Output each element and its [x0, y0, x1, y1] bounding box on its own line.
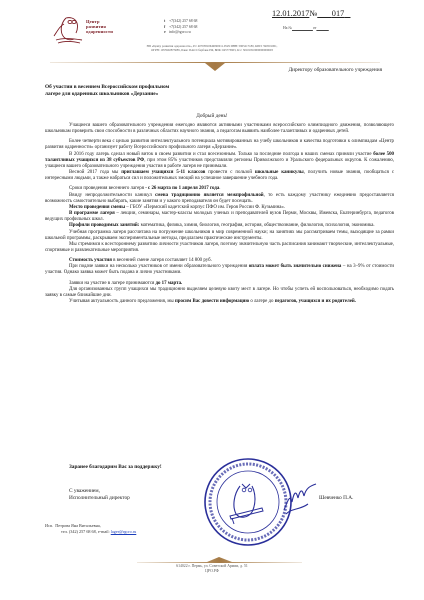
text: . — [219, 186, 220, 191]
requisites-line: ОГРН: 1055902873685, Банк: ПАО Сбербанк … — [0, 48, 424, 52]
ref-blank — [292, 26, 313, 30]
letter-body: Учащиеся вашего образовательного учрежде… — [45, 123, 394, 305]
highlight: приглашаем учащихся 5-11 классов — [121, 170, 205, 175]
ref-label: На № — [283, 26, 292, 30]
text: в весенней смене лагеря составляет 14 80… — [112, 258, 212, 263]
paragraph: Весной 2017 года мы приглашаем учащихся … — [45, 170, 394, 182]
signer-position: Исполнительный директор — [69, 495, 130, 502]
text: Сроки проведения весеннего лагеря — [69, 186, 145, 191]
highlight: школьные каникулы — [255, 170, 304, 175]
subject-line: Об участии в весеннем Всероссийском проф… — [45, 84, 169, 91]
subject-line: лагере для одаренных школьников «Дерзани… — [45, 91, 169, 98]
letter-number: 017 — [317, 9, 350, 18]
thanks-line: Заранее благодарим Вас за поддержку! — [69, 464, 162, 470]
footer-site[interactable]: ЦРО.РФ — [0, 569, 424, 574]
paragraph: Ввиду непродолжительности каникул смена … — [45, 193, 394, 205]
paragraph: В программе лагеря – лекции, семинары, м… — [45, 211, 394, 223]
highlight: Стоимость участия — [69, 258, 112, 263]
highlight: оплата может быть значительно снижена — [249, 264, 342, 269]
ref-date-blank — [316, 26, 328, 30]
executor-name: Петрова Яна Витальевна, — [55, 523, 101, 528]
reference-line: На № от — [283, 26, 329, 30]
org-name-line: одаренности — [86, 29, 113, 34]
highlight: В программе лагеря — [69, 211, 115, 216]
greeting: Добрый день! — [0, 113, 424, 119]
executor-phone: тел. (342) 257 68 68, e-mail: — [61, 529, 111, 534]
email-row: einfo@rgcro.ru — [164, 30, 197, 36]
highlight: просим Вас довести информацию — [175, 299, 249, 304]
letter-date-number: 12.01.2017№ 017 — [272, 9, 350, 18]
signature-icon — [280, 480, 320, 518]
regards-block: С уважением, Исполнительный директор — [69, 488, 130, 502]
organization-name: Центр развития одаренности — [86, 19, 113, 35]
text: математика, физика, химия, биология, гео… — [139, 223, 374, 228]
paragraph: При подаче заявки на несколько участнико… — [45, 264, 394, 276]
footer: 614022 г. Пермь, ул. Советской Армии, д.… — [0, 564, 424, 574]
contact-block: t+7(342) 257 68 68 f+7(342) 257 68 68 ei… — [164, 19, 197, 36]
text: о лагере до — [249, 299, 275, 304]
text: – ГБОУ «Пермский кадетский корпус ПФО им… — [125, 205, 285, 210]
highlight: смена традиционно является межпрофильной — [155, 193, 263, 198]
text: В 2016 году лагерь сделал новый виток в … — [69, 152, 373, 157]
footer-divider — [137, 556, 302, 564]
text: При подаче заявки на несколько участнико… — [69, 264, 249, 269]
paragraph: Профили проводимых занятий: математика, … — [45, 223, 394, 229]
highlight: - с 26 марта по 1 апреля 2017 года — [145, 186, 219, 191]
regards-line: С уважением, — [69, 488, 130, 495]
text: провести с пользой — [205, 170, 255, 175]
executor-contact-row: тел. (342) 257 68 68, e-mail: lager@rgcr… — [45, 529, 136, 535]
email-text[interactable]: info@rgcro.ru — [169, 30, 191, 34]
text: Заявки на участие в лагере принимаются — [69, 281, 155, 286]
highlight: Место проведения смены — [69, 205, 125, 210]
executor-label: Исп. — [45, 523, 53, 528]
text: Весной 2017 года мы — [69, 170, 121, 175]
phone-text: +7(342) 257 68 68 — [169, 19, 197, 23]
text: Учитывая актуальность данного предложени… — [69, 299, 175, 304]
paragraph: Учащиеся вашего образовательного учрежде… — [45, 123, 394, 135]
letter-date: 12.01.2017 — [272, 9, 309, 18]
fax-text: +7(342) 257 68 68 — [169, 25, 197, 29]
letter-subject: Об участии в весеннем Всероссийском проф… — [45, 84, 169, 98]
executor-email-link[interactable]: lager@rgcro.ru — [111, 529, 137, 534]
executor-block: Исп. Петрова Яна Витальевна, тел. (342) … — [45, 523, 136, 535]
highlight: до 17 марта. — [155, 281, 182, 286]
paragraph: Для организованных групп учащихся мы тра… — [45, 287, 394, 299]
paragraph: Мы стремимся к всестороннему развитию ли… — [45, 242, 394, 254]
highlight: педагогов, учащихся и их родителей. — [275, 299, 356, 304]
addressee: Директору образовательного учреждения — [289, 67, 382, 73]
paragraph: Более четверти века с целью развития инт… — [45, 139, 394, 151]
owl-logo-icon — [52, 14, 90, 48]
paragraph: В 2016 году лагерь сделал новый виток в … — [45, 152, 394, 170]
signer-name: Шевченко П.А. — [319, 495, 353, 501]
paragraph: Учебная программа лагеря рассчитана на п… — [45, 230, 394, 242]
highlight: Профили проводимых занятий: — [69, 223, 139, 228]
bank-requisites: НП «Центр развития одаренности», Р/с 407… — [0, 44, 424, 52]
text: Ввиду непродолжительности каникул — [69, 193, 155, 198]
letter-number-value: 017 — [332, 9, 344, 18]
paragraph: Учитывая актуальность данного предложени… — [45, 299, 394, 305]
